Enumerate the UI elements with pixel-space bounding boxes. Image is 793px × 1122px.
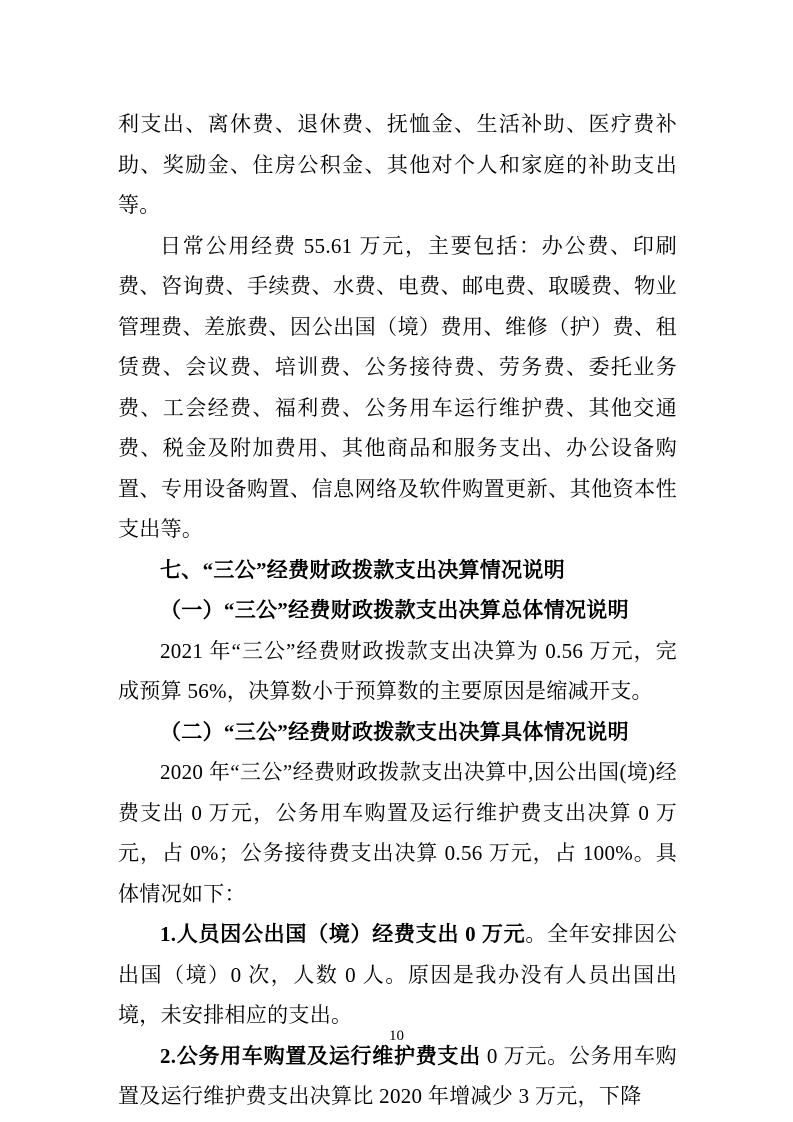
item-1-title: 1.人员因公出国（境）经费支出 0 万元 xyxy=(160,922,525,946)
paragraph-2021-overview: 2021 年“三公”经费财政拨款支出决算为 0.56 万元，完成预算 56%，决… xyxy=(118,631,677,712)
paragraph-2020-details: 2020 年“三公”经费财政拨款支出决算中,因公出国(境)经费支出 0 万元，公… xyxy=(118,752,677,914)
page-number: 10 xyxy=(0,1026,793,1046)
paragraph-welfare-continuation: 利支出、离休费、退休费、抚恤金、生活补助、医疗费补助、奖励金、住房公积金、其他对… xyxy=(118,104,677,226)
paragraph-daily-public-funds: 日常公用经费 55.61 万元，主要包括：办公费、印刷费、咨询费、手续费、水费、… xyxy=(118,226,677,550)
paragraph-item-2: 2.公务用车购置及运行维护费支出 0 万元。公务用车购置及运行维护费支出决算比 … xyxy=(118,1036,677,1117)
heading-subsection-two: （二）“三公”经费财政拨款支出决算具体情况说明 xyxy=(118,712,677,753)
heading-subsection-one: （一）“三公”经费财政拨款支出决算总体情况说明 xyxy=(118,590,677,631)
paragraph-item-1: 1.人员因公出国（境）经费支出 0 万元。全年安排因公出国（境）0 次，人数 0… xyxy=(118,914,677,1036)
document-page: 利支出、离休费、退休费、抚恤金、生活补助、医疗费补助、奖励金、住房公积金、其他对… xyxy=(0,0,793,1122)
item-2-title: 2.公务用车购置及运行维护费支出 xyxy=(160,1044,481,1068)
heading-section-seven: 七、“三公”经费财政拨款支出决算情况说明 xyxy=(118,550,677,591)
document-body: 利支出、离休费、退休费、抚恤金、生活补助、医疗费补助、奖励金、住房公积金、其他对… xyxy=(118,104,677,1117)
